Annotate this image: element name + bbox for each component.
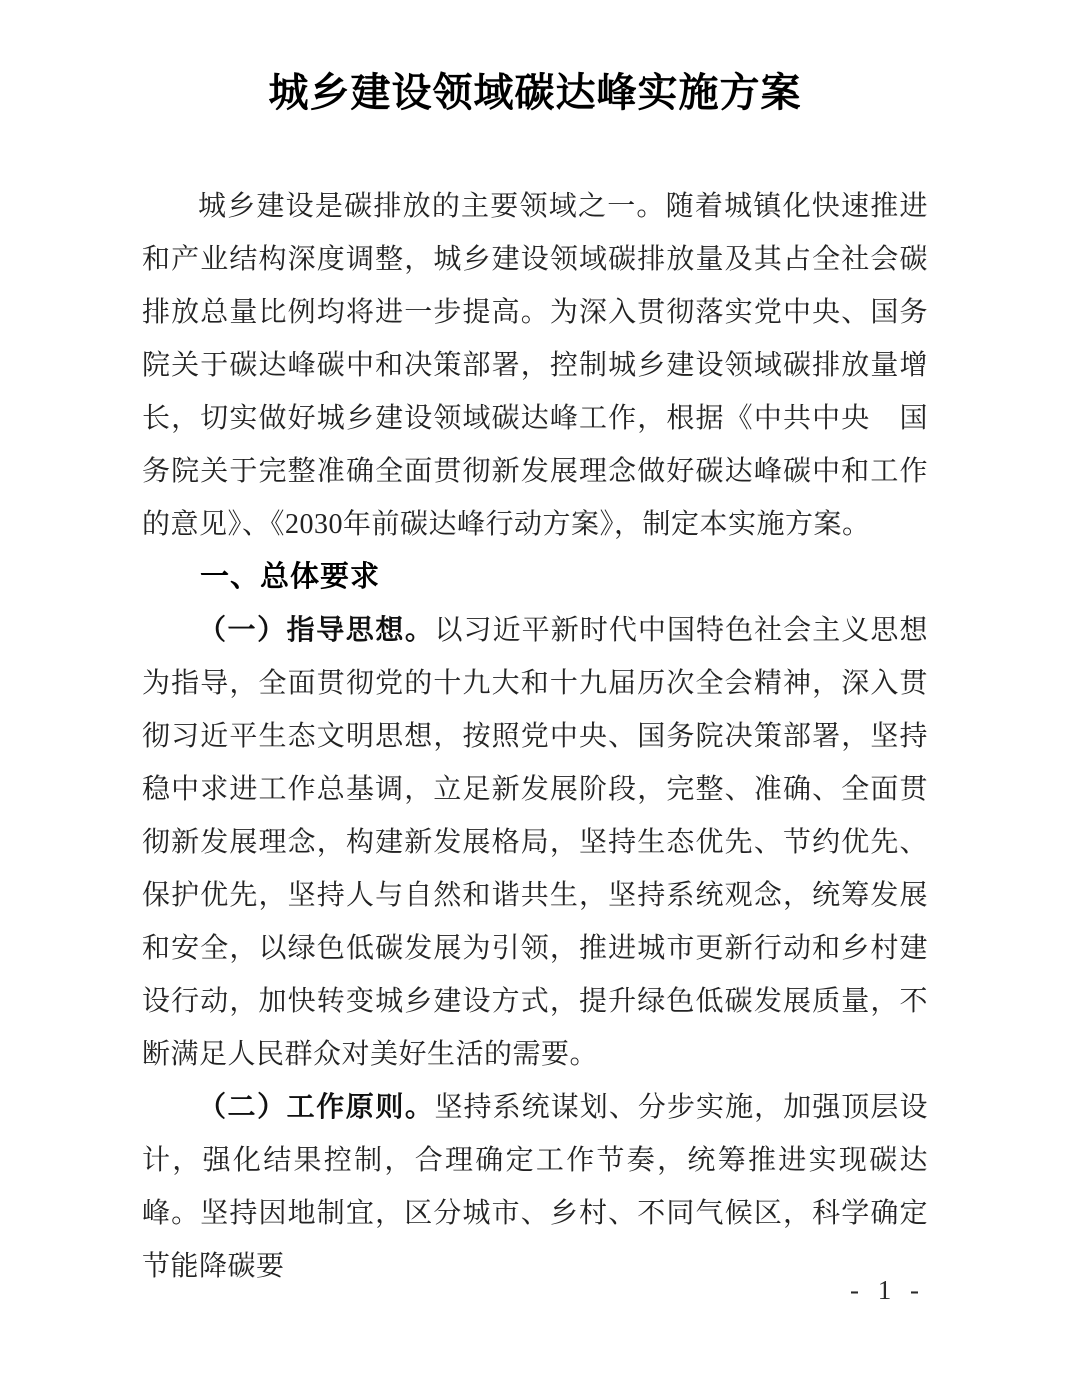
- page-number: - 1 -: [850, 1275, 925, 1306]
- subsection-guiding-ideology: （一）指导思想。以习近平新时代中国特色社会主义思想为指导，全面贯彻党的十九大和十…: [142, 604, 928, 1081]
- subsection-work-principles-lead: （二）工作原则。: [198, 1092, 435, 1123]
- document-page: 城乡建设领域碳达峰实施方案 城乡建设是碳排放的主要领域之一。随着城镇化快速推进和…: [0, 0, 1080, 1394]
- subsection-guiding-ideology-body: 以习近平新时代中国特色社会主义思想为指导，全面贯彻党的十九大和十九届历次全会精神…: [142, 615, 928, 1070]
- intro-paragraph: 城乡建设是碳排放的主要领域之一。随着城镇化快速推进和产业结构深度调整，城乡建设领…: [142, 180, 928, 551]
- document-content: 城乡建设领域碳达峰实施方案 城乡建设是碳排放的主要领域之一。随着城镇化快速推进和…: [0, 0, 1080, 1293]
- section-heading: 一、总体要求: [142, 551, 928, 604]
- document-title: 城乡建设领域碳达峰实施方案: [142, 68, 928, 118]
- subsection-work-principles: （二）工作原则。坚持系统谋划、分步实施，加强顶层设计，强化结果控制，合理确定工作…: [142, 1081, 928, 1293]
- subsection-guiding-ideology-lead: （一）指导思想。: [198, 615, 435, 646]
